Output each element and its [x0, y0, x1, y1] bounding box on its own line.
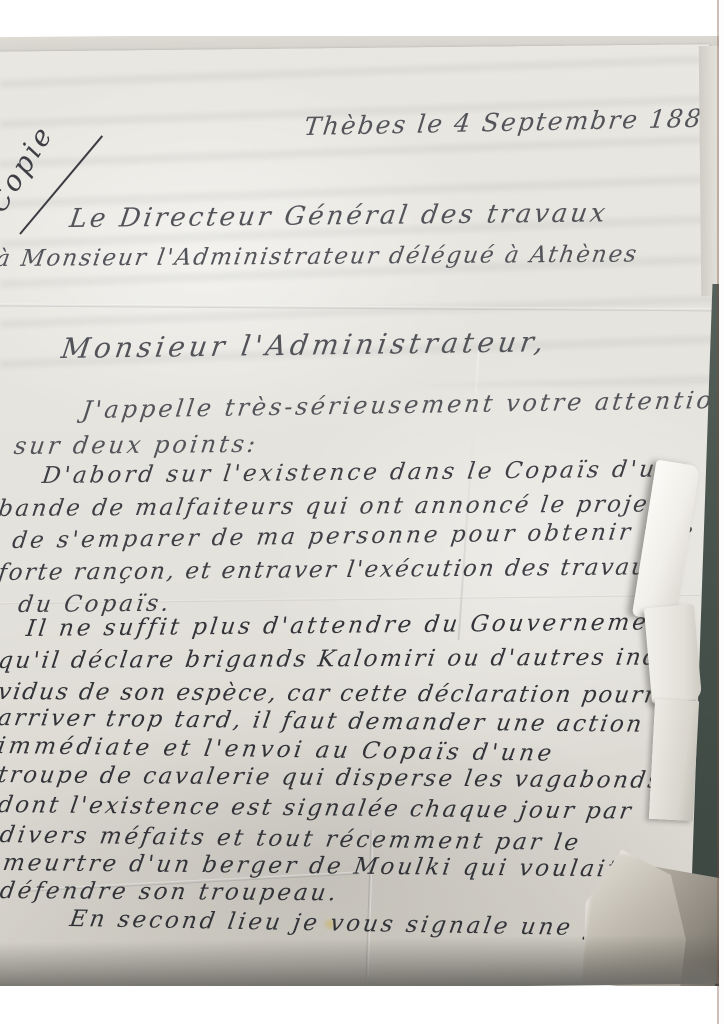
- salutation: Monsieur l'Administrateur,: [59, 325, 550, 365]
- scan-margin-right: [719, 0, 724, 1024]
- body-line: vidus de son espèce, car cette déclarati…: [0, 679, 695, 709]
- letter-photograph: Copie Thèbes le 4 Septembre 1881 Le Dire…: [0, 0, 724, 1024]
- page-bottom-shadow: [0, 934, 724, 993]
- body-line: bande de malfaiteurs qui ont annoncé le …: [0, 491, 663, 522]
- body-line: sur deux points:: [12, 430, 260, 460]
- body-line: défendre son troupeau.: [0, 878, 341, 906]
- torn-paper-flap: [644, 604, 702, 704]
- scan-margin-bottom: [0, 986, 724, 1024]
- torn-paper-flap: [649, 699, 699, 821]
- body-line: qu'il déclare brigands Kalomiri ou d'aut…: [0, 644, 672, 674]
- recipient-line: à Monsieur l'Administrateur délégué à At…: [0, 242, 640, 273]
- sender-line: Le Directeur Général des travaux: [68, 198, 611, 234]
- scan-margin-top: [0, 0, 724, 36]
